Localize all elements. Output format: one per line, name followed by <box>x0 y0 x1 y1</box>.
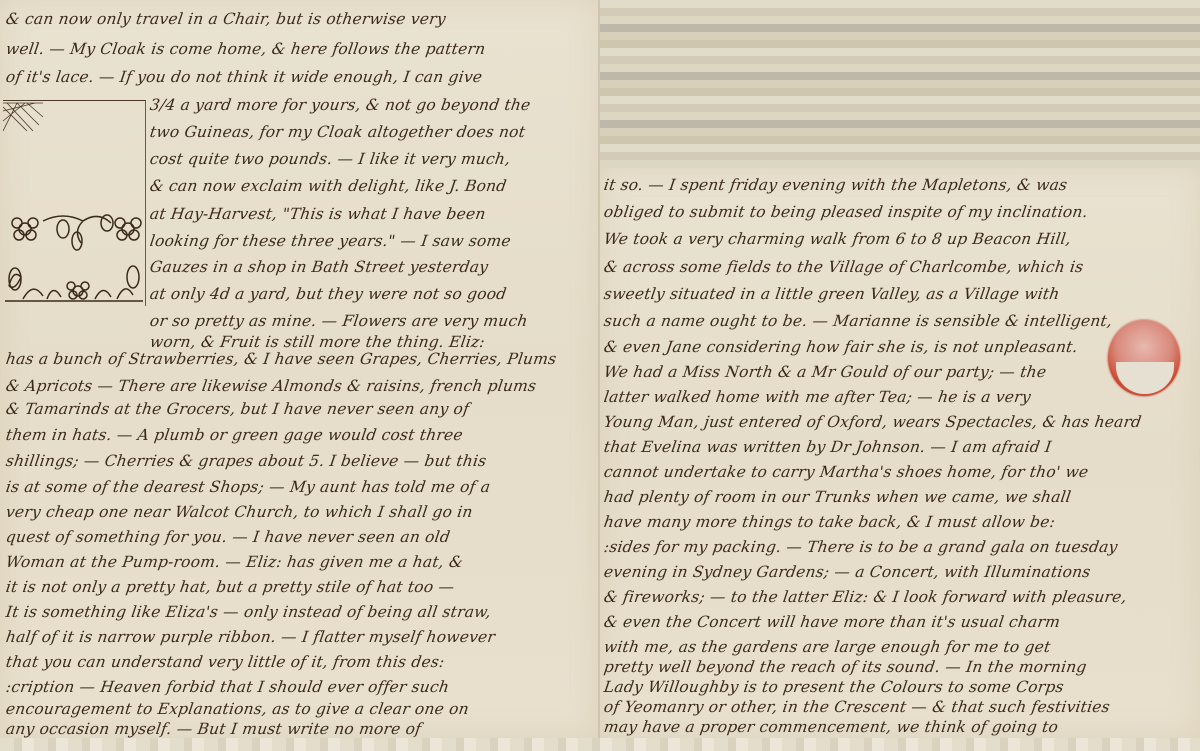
manuscript-line: has a bunch of Strawberries, & I have se… <box>5 350 558 368</box>
manuscript-line: them in hats. — A plumb or green gage wo… <box>5 426 464 444</box>
scan-background-stripes <box>598 0 1200 168</box>
manuscript-line: have many more things to take back, & I … <box>603 513 1057 531</box>
manuscript-line: & even Jane considering how fair she is,… <box>603 338 1079 356</box>
manuscript-line: or so pretty as mine. — Flowers are very… <box>149 312 529 330</box>
manuscript-line: :sides for my packing. — There is to be … <box>603 538 1119 556</box>
manuscript-line: had plenty of room in our Trunks when we… <box>603 488 1073 506</box>
scan-bottom-edge <box>0 738 1200 751</box>
manuscript-line: looking for these three years." — I saw … <box>149 232 512 250</box>
manuscript-line: Young Man, just entered of Oxford, wears… <box>603 413 1143 431</box>
manuscript-line: It is something like Eliza's — only inst… <box>5 603 493 621</box>
manuscript-line: Woman at the Pump-room. — Eliz: has give… <box>5 553 465 571</box>
manuscript-line: sweetly situated in a little green Valle… <box>603 285 1061 303</box>
manuscript-line: such a name ought to be. — Marianne is s… <box>603 312 1114 330</box>
lace-pattern-sketch <box>3 100 146 306</box>
manuscript-line: cannot undertake to carry Martha's shoes… <box>603 463 1090 481</box>
manuscript-line: with me, as the gardens are large enough… <box>603 638 1052 656</box>
manuscript-line: that you can understand very little of i… <box>5 653 446 671</box>
manuscript-line: shillings; — Cherries & grapes about 5. … <box>5 452 488 470</box>
manuscript-line: evening in Sydney Gardens; — a Concert, … <box>603 563 1092 581</box>
manuscript-line: & even the Concert will have more than i… <box>603 613 1062 631</box>
manuscript-line: pretty well beyond the reach of its soun… <box>603 658 1088 676</box>
manuscript-line: at Hay-Harvest, "This is what I have bee… <box>149 205 487 223</box>
manuscript-line: obliged to submit to being pleased inspi… <box>603 203 1089 221</box>
manuscript-line: is at some of the dearest Shops; — My au… <box>5 478 492 496</box>
manuscript-line: encouragement to Explanations, as to giv… <box>5 700 470 718</box>
manuscript-line: cost quite two pounds. — I like it very … <box>149 150 512 168</box>
letter-page-left: & can now only travel in a Chair, but is… <box>0 0 598 738</box>
manuscript-line: & Tamarinds at the Grocers, but I have n… <box>5 400 471 418</box>
manuscript-line: it so. — I spent friday evening with the… <box>603 176 1069 194</box>
manuscript-line: worn, & Fruit is still more the thing. E… <box>149 333 486 351</box>
manuscript-line: that Evelina was written by Dr Johnson. … <box>603 438 1053 456</box>
manuscript-line: We took a very charming walk from 6 to 8… <box>603 230 1073 248</box>
manuscript-line: well. — My Cloak is come home, & here fo… <box>5 40 487 58</box>
manuscript-line: latter walked home with me after Tea; — … <box>603 388 1032 406</box>
manuscript-line: & fireworks; — to the latter Eliz: & I l… <box>603 588 1128 606</box>
manuscript-line: of Yeomanry or other, in the Crescent — … <box>603 698 1111 716</box>
manuscript-line: of it's lace. — If you do not think it w… <box>5 68 484 86</box>
lace-pattern-icon <box>3 101 145 306</box>
manuscript-line: any occasion myself. — But I must write … <box>5 720 423 738</box>
manuscript-line: two Guineas, for my Cloak altogether doe… <box>149 123 527 141</box>
manuscript-line: 3/4 a yard more for yours, & not go beyo… <box>149 96 532 114</box>
manuscript-line: & across some fields to the Village of C… <box>603 258 1085 276</box>
manuscript-line: We had a Miss North & a Mr Gould of our … <box>603 363 1048 381</box>
manuscript-line: & can now only travel in a Chair, but is… <box>5 10 447 28</box>
manuscript-line: very cheap one near Walcot Church, to wh… <box>5 503 474 521</box>
manuscript-line: Lady Willoughby is to present the Colour… <box>603 678 1065 696</box>
manuscript-line: half of it is narrow purple ribbon. — I … <box>5 628 497 646</box>
manuscript-line: at only 4d a yard, but they were not so … <box>149 285 508 303</box>
manuscript-line: quest of something for you. — I have nev… <box>5 528 452 546</box>
manuscript-line: & Apricots — There are likewise Almonds … <box>5 377 538 395</box>
manuscript-line: :cription — Heaven forbid that I should … <box>5 678 451 696</box>
manuscript-line: may have a proper commencement, we think… <box>603 718 1060 736</box>
manuscript-line: Gauzes in a shop in Bath Street yesterda… <box>149 258 490 276</box>
manuscript-line: it is not only a pretty hat, but a prett… <box>5 578 456 596</box>
manuscript-line: & can now exclaim with delight, like J. … <box>149 177 508 195</box>
